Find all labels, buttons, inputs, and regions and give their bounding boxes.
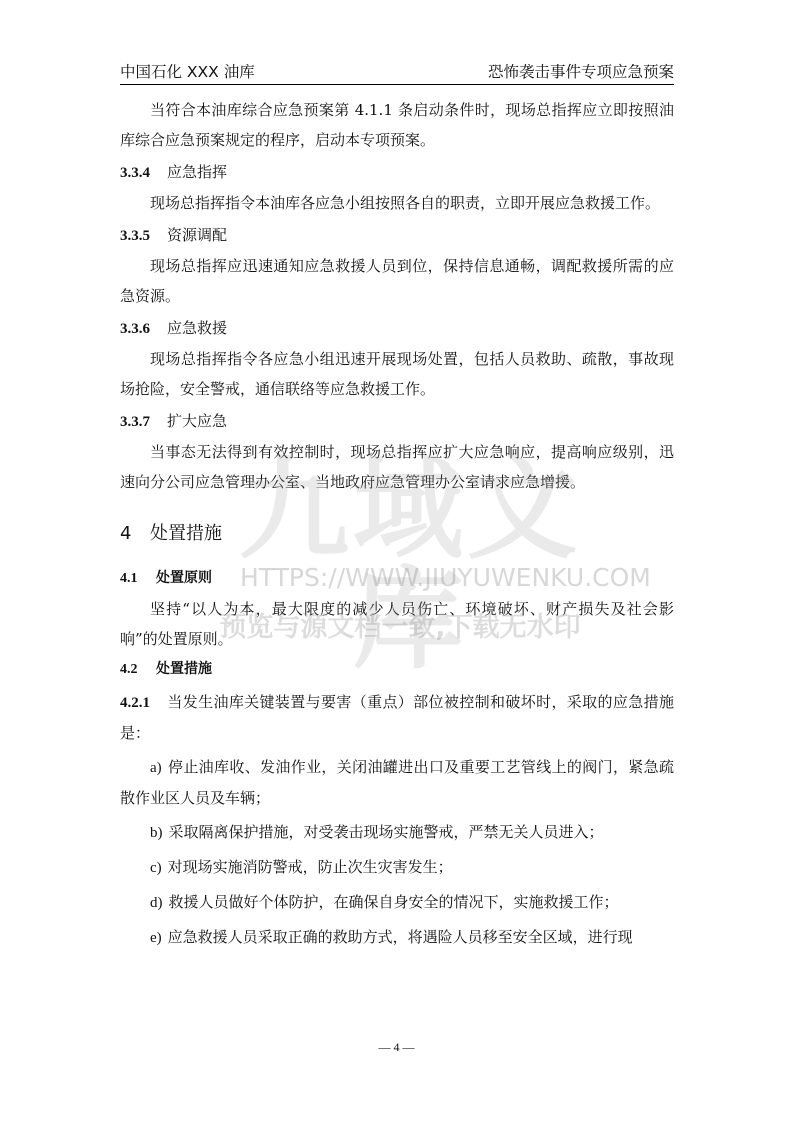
list-label: c) (150, 860, 162, 876)
section-title: 资源调配 (167, 226, 227, 244)
section-title: 应急指挥 (167, 163, 227, 181)
list-text: 对现场实施消防警戒，防止次生灾害发生； (168, 858, 453, 876)
section-heading-4-1: 4.1处置原则 (120, 563, 674, 594)
list-item: a)停止油库收、发油作业，关闭油罐进出口及重要工艺管线上的阀门，紧急疏散作业区人… (120, 752, 674, 813)
section-title: 扩大应急 (167, 412, 227, 430)
section-number: 4.2 (120, 655, 156, 685)
section-number: 4 (120, 519, 150, 549)
section-heading-3-3-5: 3.3.5资源调配 (120, 220, 674, 251)
section-number: 4.1 (120, 564, 156, 594)
section-title: 处置原则 (156, 570, 212, 586)
paragraph: 当符合本油库综合应急预案第 4.1.1 条启动条件时，现场总指挥应立即按照油库综… (120, 95, 674, 155)
list-label: d) (150, 895, 163, 911)
list-item: d)救援人员做好个体防护，在确保自身安全的情况下，实施救援工作； (120, 887, 674, 918)
list-item: e)应急救援人员采取正确的救助方式，将遇险人员移至安全区域，进行现 (120, 922, 674, 953)
document-body: 当符合本油库综合应急预案第 4.1.1 条启动条件时，现场总指挥应立即按照油库综… (120, 95, 674, 953)
list-item: b)采取隔离保护措施，对受袭击现场实施警戒，严禁无关人员进入； (120, 817, 674, 848)
section-heading-3-3-6: 3.3.6应急救援 (120, 313, 674, 344)
section-title: 处置措施 (156, 661, 212, 677)
section-heading-3-3-4: 3.3.4应急指挥 (120, 157, 674, 188)
section-title: 处置措施 (150, 523, 222, 544)
paragraph: 现场总指挥指令各应急小组迅速开展现场处置，包括人员救助、疏散，事故现场抢险，安全… (120, 344, 674, 404)
header-doc-title: 恐怖袭击事件专项应急预案 (488, 60, 674, 82)
section-number: 4.2.1 (120, 688, 167, 718)
section-title: 当发生油库关键装置与要害（重点）部位被控制和破坏时，采取的应急措施是： (120, 693, 674, 742)
chapter-heading-4: 4处置措施 (120, 519, 674, 549)
header-org: 中国石化 XXX 油库 (120, 60, 255, 82)
section-number: 3.3.7 (120, 407, 167, 437)
paragraph: 现场总指挥指令本油库各应急小组按照各自的职责，立即开展应急救援工作。 (120, 188, 674, 218)
list-item: c)对现场实施消防警戒，防止次生灾害发生； (120, 852, 674, 883)
list-text: 采取隔离保护措施，对受袭击现场实施警戒，严禁无关人员进入； (169, 823, 604, 841)
paragraph: 坚持“以人为本，最大限度的减少人员伤亡、环境破坏、财产损失及社会影响”的处置原则… (120, 594, 674, 654)
section-title: 应急救援 (167, 319, 227, 337)
list-text: 应急救援人员采取正确的救助方式，将遇险人员移至安全区域，进行现 (168, 928, 633, 946)
list-label: a) (150, 760, 162, 776)
section-number: 3.3.5 (120, 221, 167, 251)
section-number: 3.3.4 (120, 158, 167, 188)
list-label: b) (150, 825, 163, 841)
page-header: 中国石化 XXX 油库 恐怖袭击事件专项应急预案 (120, 58, 674, 85)
paragraph: 当事态无法得到有效控制时，现场总指挥应扩大应急响应，提高响应级别，迅速向分公司应… (120, 437, 674, 497)
section-heading-4-2: 4.2处置措施 (120, 654, 674, 685)
list-text: 救援人员做好个体防护，在确保自身安全的情况下，实施救援工作； (169, 893, 619, 911)
section-number: 3.3.6 (120, 314, 167, 344)
page-number: — 4 — (0, 1040, 793, 1055)
list-label: e) (150, 930, 162, 946)
list-text: 停止油库收、发油作业，关闭油罐进出口及重要工艺管线上的阀门，紧急疏散作业区人员及… (120, 758, 674, 807)
section-heading-4-2-1: 4.2.1当发生油库关键装置与要害（重点）部位被控制和破坏时，采取的应急措施是： (120, 687, 674, 748)
paragraph: 现场总指挥应迅速通知应急救援人员到位，保持信息通畅，调配救援所需的应急资源。 (120, 251, 674, 311)
section-heading-3-3-7: 3.3.7扩大应急 (120, 406, 674, 437)
